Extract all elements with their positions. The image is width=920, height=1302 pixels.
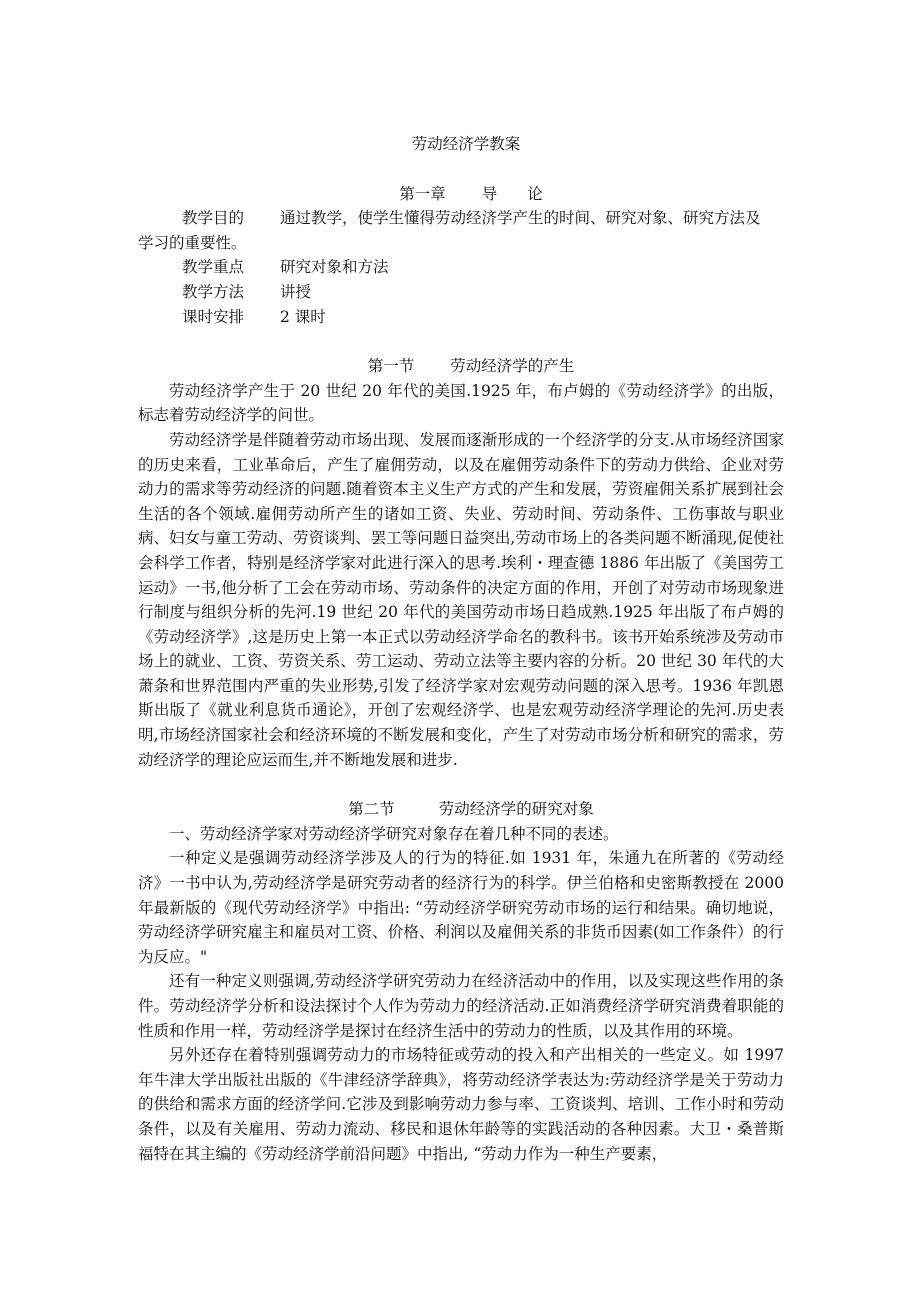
meta-label: 教学重点 [138,255,280,280]
chapter-name-part: 导 [482,182,498,207]
section-heading-1: 第一节劳动经济学的产生 [138,354,784,379]
document-page: 劳动经济学教案 第一章导论 教学目的 通过教学，使学生懂得劳动经济学产生的时间、… [138,132,784,1166]
meta-label: 课时安排 [138,305,280,330]
chapter-name-part: 论 [527,182,543,207]
paragraph: 另外还存在着特别强调劳动力的市场特征或劳动的投入和产出相关的一些定义。如 199… [138,1043,784,1166]
meta-row-focus: 教学重点 研究对象和方法 [138,255,784,280]
document-title: 劳动经济学教案 [138,132,784,157]
meta-label: 教学方法 [138,280,280,305]
section-title: 劳动经济学的产生 [450,357,574,375]
meta-label: 教学目的 [138,206,280,231]
chapter-number: 第一章 [399,182,446,207]
meta-value: 通过教学，使学生懂得劳动经济学产生的时间、研究对象、研究方法及 [280,206,784,231]
meta-row-hours: 课时安排 2 课时 [138,305,784,330]
meta-value: 讲授 [280,280,784,305]
section-number: 第二节 [348,800,395,818]
meta-row-method: 教学方法 讲授 [138,280,784,305]
section-heading-2: 第二节劳动经济学的研究对象 [138,797,784,822]
paragraph: 一、劳动经济学家对劳动经济学研究对象存在着几种不同的表述。 [138,822,784,847]
chapter-heading: 第一章导论 [138,182,784,207]
paragraph: 一种定义是强调劳动经济学涉及人的行为的特征.如 1931 年，朱通九在所著的《劳… [138,846,784,969]
meta-value: 研究对象和方法 [280,255,784,280]
section-title: 劳动经济学的研究对象 [439,800,594,818]
meta-continuation: 学习的重要性。 [138,231,784,256]
paragraph: 劳动经济学产生于 20 世纪 20 年代的美国.1925 年，布卢姆的《劳动经济… [138,379,784,428]
meta-row-purpose: 教学目的 通过教学，使学生懂得劳动经济学产生的时间、研究对象、研究方法及 [138,206,784,231]
teaching-meta: 教学目的 通过教学，使学生懂得劳动经济学产生的时间、研究对象、研究方法及 学习的… [138,206,784,329]
meta-value: 2 课时 [280,305,784,330]
paragraph: 还有一种定义则强调,劳动经济学研究劳动力在经济活动中的作用，以及实现这些作用的条… [138,969,784,1043]
section-number: 第一节 [368,357,415,375]
paragraph: 劳动经济学是伴随着劳动市场出现、发展而逐渐形成的一个经济学的分支.从市场经济国家… [138,428,784,772]
